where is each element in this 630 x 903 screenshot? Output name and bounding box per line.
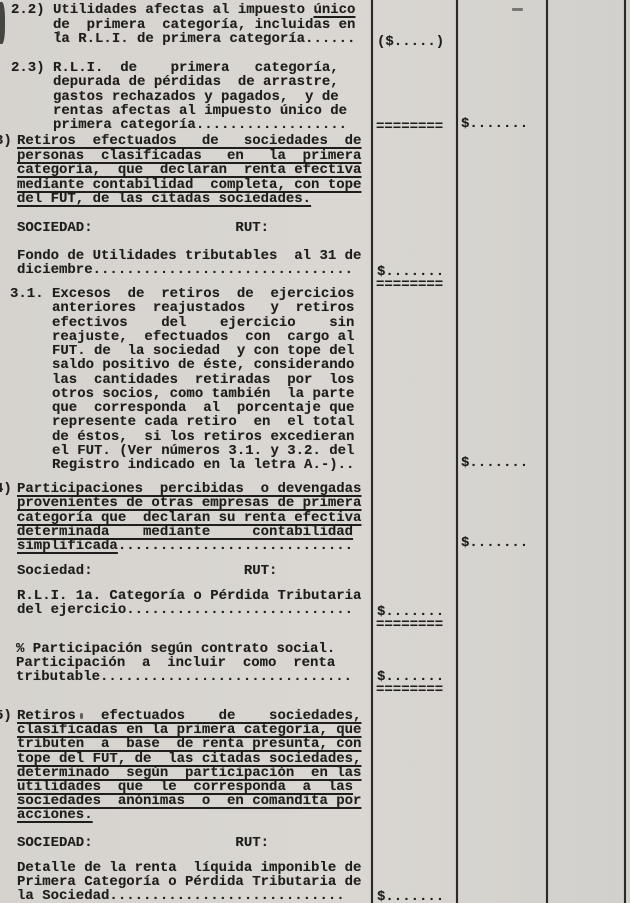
item-3-1-line10: represente cada retiro en el total bbox=[10, 416, 354, 429]
item-3-heading-line5: del FUT, de las citadas sociedades. bbox=[17, 193, 311, 206]
table-vertical-rule-2 bbox=[456, 0, 458, 903]
equals-cell-rli: ======== bbox=[376, 619, 443, 632]
item-5-heading-line3: tributen a base de renta presunta, con bbox=[17, 738, 361, 751]
equals-cell-fondo: ======== bbox=[376, 279, 443, 292]
table-vertical-rule-1 bbox=[371, 0, 373, 903]
scan-edge-blob bbox=[0, 2, 5, 44]
amount-cell-4: $....... bbox=[461, 537, 528, 550]
scan-speck-2 bbox=[80, 713, 83, 719]
item-4-marker: 4) bbox=[0, 483, 12, 496]
item-4-heading-line2: provenientes de otras empresas de primer… bbox=[17, 497, 361, 510]
sociedad-rut-row-item4: Sociedad: RUT: bbox=[17, 565, 277, 578]
amount-cell-detalle: $....... bbox=[377, 891, 444, 903]
amount-cell-2-2: ($.....) bbox=[377, 36, 444, 49]
item-2-3-line2: depurada de pérdidas de arrastre, bbox=[11, 76, 339, 89]
amount-cell-3-1: $....... bbox=[461, 457, 528, 470]
amount-cell-2-3: $....... bbox=[461, 118, 528, 131]
item-4-heading-line5: simplificada............................ bbox=[17, 540, 353, 553]
participacion-line3: tributable.............................. bbox=[16, 671, 352, 684]
scan-speck-1 bbox=[57, 31, 60, 36]
item-5-marker: 5) bbox=[0, 710, 12, 723]
rli-1a-line2: del ejercicio........................... bbox=[17, 604, 353, 617]
sociedad-rut-row-item5: SOCIEDAD: RUT: bbox=[17, 837, 269, 850]
fondo-line2: diciembre............................... bbox=[17, 264, 353, 277]
item-2-2-line3: la R.L.I. de primera categoría...... bbox=[11, 33, 355, 46]
equals-cell-2-3: ======== bbox=[376, 121, 443, 134]
detalle-line3: la Sociedad............................ bbox=[17, 890, 345, 903]
item-3-heading-line1: Retiros efectuados de sociedades de bbox=[17, 135, 361, 148]
equals-cell-participacion: ======== bbox=[376, 684, 443, 697]
sociedad-rut-row-item3: SOCIEDAD: RUT: bbox=[17, 222, 269, 235]
item-5-heading-line8: acciones. bbox=[17, 809, 93, 822]
item-3-1-line2: anteriores reajustados y retiros bbox=[10, 302, 354, 315]
table-vertical-rule-4 bbox=[624, 0, 626, 903]
item-3-heading-line3: categoría, que declaran renta efectiva bbox=[17, 164, 361, 177]
scan-dash-mark bbox=[512, 8, 523, 11]
item-3-1-line6: saldo positivo de éste, considerando bbox=[10, 359, 354, 372]
item-2-2-line1: 2.2) Utilidades afectas al impuesto únic… bbox=[11, 4, 355, 17]
item-2-3-line5: primera categoría.................. bbox=[11, 119, 347, 132]
item-3-1-line13: Registro indicado en la letra A.-).. bbox=[10, 459, 354, 472]
item-3-marker: 3) bbox=[0, 135, 12, 148]
scanned-document-page: 2.2) Utilidades afectas al impuesto únic… bbox=[0, 0, 630, 903]
table-vertical-rule-3 bbox=[546, 0, 548, 903]
